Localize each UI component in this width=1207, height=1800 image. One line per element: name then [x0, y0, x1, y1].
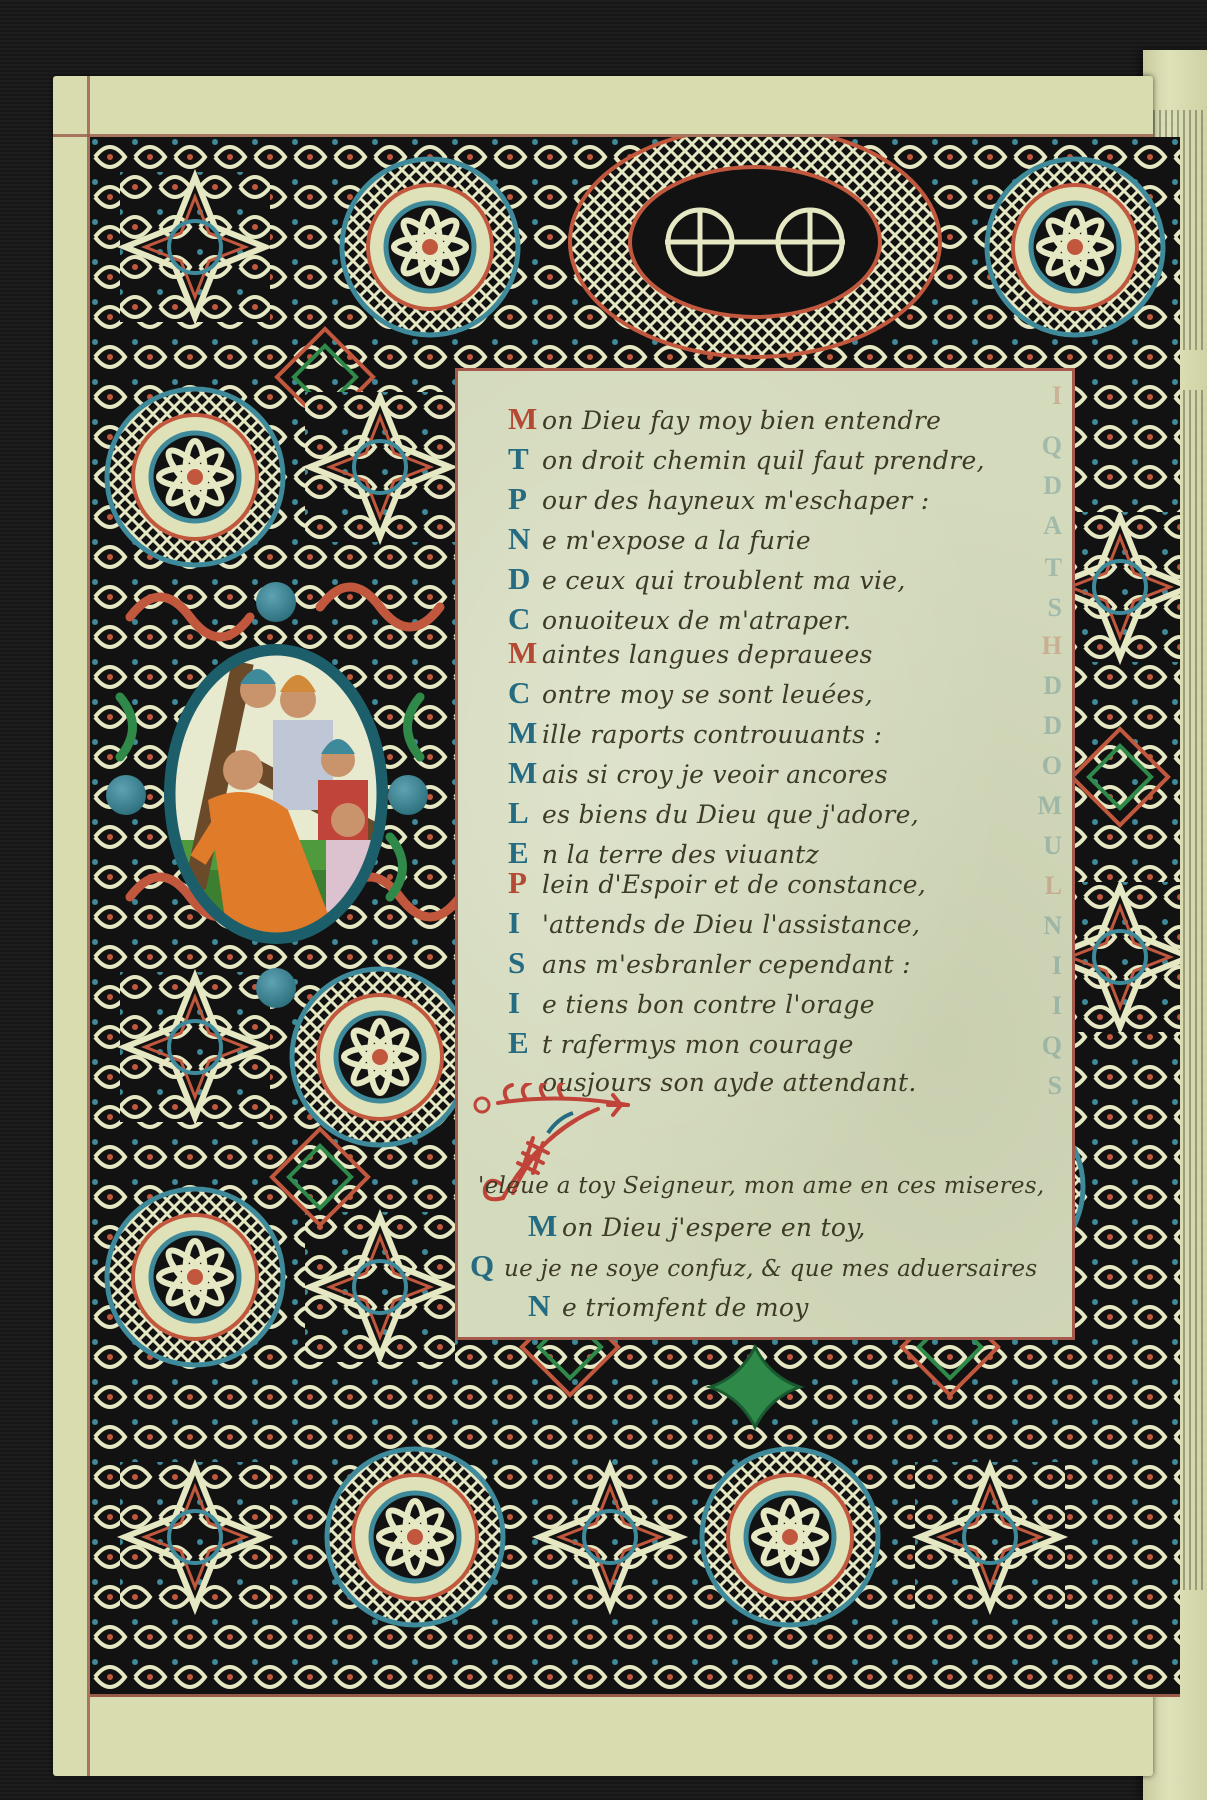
- verse-line: Mais si croy je veoir ancores: [508, 753, 919, 793]
- blue-initial: D: [508, 559, 542, 599]
- verse-text: aintes langues deprauees: [542, 640, 873, 669]
- verse-text: e tiens bon contre l'orage: [542, 990, 875, 1019]
- verse-line: Ne m'expose a la furie: [508, 519, 985, 559]
- blue-initial: C: [508, 673, 542, 713]
- show-through-letter: H: [1042, 631, 1062, 661]
- verse-text: on Dieu j'espere en toy,: [562, 1213, 866, 1242]
- blue-initial: L: [508, 793, 542, 833]
- verse-text: e triomfent de moy: [562, 1293, 809, 1322]
- poem-text-panel: I Q D A T S H D D O M U L N I I Q S Mon …: [455, 368, 1075, 1340]
- blue-initial: M: [508, 713, 542, 753]
- verse-line: Mon Dieu j'espere en toy,: [470, 1206, 1045, 1246]
- verse-line: Ie tiens bon contre l'orage: [508, 983, 926, 1023]
- show-through-letter: U: [1043, 831, 1062, 861]
- verse-line: Ton droit chemin quil faut prendre,: [508, 439, 985, 479]
- show-through-letter: I: [1052, 991, 1062, 1021]
- verse-text: onuoiteux de m'atraper.: [542, 606, 851, 635]
- verse-text: e m'expose a la furie: [542, 526, 811, 555]
- verse-line: Plein d'Espoir et de constance,: [508, 863, 926, 903]
- show-through-letter: Q: [1042, 431, 1062, 461]
- blue-initial: N: [528, 1286, 562, 1326]
- blue-initial: M: [528, 1206, 562, 1246]
- verse-text: ans m'esbranler cependant :: [542, 950, 911, 979]
- verse-line: 'eleue a toy Seigneur, mon ame en ces mi…: [470, 1166, 1045, 1206]
- blue-initial: Q: [470, 1246, 504, 1286]
- verse-text: our des hayneux m'eschaper :: [542, 486, 930, 515]
- verse-text: e ceux qui troublent ma vie,: [542, 566, 906, 595]
- rubricated-initial: M: [508, 633, 542, 673]
- show-through-letter: M: [1037, 791, 1062, 821]
- show-through-letter: N: [1043, 911, 1062, 941]
- rubricated-initial: P: [508, 863, 542, 903]
- verse-line: Mon Dieu fay moy bien entendre: [508, 399, 985, 439]
- blue-initial: P: [508, 479, 542, 519]
- teal-boss-top: [256, 582, 296, 622]
- verse-text: on droit chemin quil faut prendre,: [542, 446, 985, 475]
- show-through-letter: A: [1043, 511, 1062, 541]
- teal-boss-left: [106, 775, 146, 815]
- verse-text: ille raports controuuants :: [542, 720, 882, 749]
- blue-initial: T: [508, 439, 542, 479]
- show-through-letter: O: [1042, 751, 1062, 781]
- verse-line: Contre moy se sont leuées,: [508, 673, 919, 713]
- verse-text: 'eleue a toy Seigneur, mon ame en ces mi…: [478, 1173, 1045, 1199]
- blue-initial: N: [508, 519, 542, 559]
- show-through-letter: D: [1043, 671, 1062, 701]
- blue-initial: I: [508, 903, 542, 943]
- frame-rule-bottom: [90, 1694, 1180, 1697]
- verse-line: Maintes langues deprauees: [508, 633, 919, 673]
- teal-boss-right: [388, 775, 428, 815]
- verse-line: Pour des hayneux m'eschaper :: [508, 479, 985, 519]
- stanza-4: 'eleue a toy Seigneur, mon ame en ces mi…: [470, 1166, 1045, 1326]
- show-through-letter: D: [1043, 471, 1062, 501]
- show-through-letter: T: [1045, 553, 1062, 583]
- show-through-letter: L: [1045, 871, 1062, 901]
- verse-line: I'attends de Dieu l'assistance,: [508, 903, 926, 943]
- verse-text: es biens du Dieu que j'adore,: [542, 800, 919, 829]
- christ-carrying-cross-miniature: [148, 620, 404, 968]
- verse-line: De ceux qui troublent ma vie,: [508, 559, 985, 599]
- show-through-letter: Q: [1042, 1031, 1062, 1061]
- teal-boss-bottom: [256, 968, 296, 1008]
- blue-initial: M: [508, 753, 542, 793]
- stanza-3: Plein d'Espoir et de constance, I'attend…: [508, 863, 926, 1103]
- verse-text: on Dieu fay moy bien entendre: [542, 406, 941, 435]
- stanza-1: Mon Dieu fay moy bien entendre Ton droit…: [508, 399, 985, 639]
- verse-line: Et rafermys mon courage: [508, 1023, 926, 1063]
- miniature-medallion: [148, 620, 404, 968]
- verse-text: ue je ne soye confuz, & que mes aduersai…: [504, 1256, 1038, 1282]
- verse-line: Les biens du Dieu que j'adore,: [508, 793, 919, 833]
- verse-text: t rafermys mon courage: [542, 1030, 854, 1059]
- verse-text: ais si croy je veoir ancores: [542, 760, 888, 789]
- verse-text: 'attends de Dieu l'assistance,: [542, 910, 920, 939]
- verse-line: Mille raports controuuants :: [508, 713, 919, 753]
- show-through-letter: D: [1043, 711, 1062, 741]
- blue-initial: E: [508, 1023, 542, 1063]
- verse-text: lein d'Espoir et de constance,: [542, 870, 926, 899]
- show-through-letter: S: [1048, 1071, 1062, 1101]
- verse-text: ontre moy se sont leuées,: [542, 680, 873, 709]
- show-through-letter: S: [1048, 593, 1062, 623]
- rubricated-initial: M: [508, 399, 542, 439]
- blue-initial: I: [508, 983, 542, 1023]
- show-through-letter: I: [1052, 381, 1062, 411]
- show-through-letter: I: [1052, 951, 1062, 981]
- verse-line: Sans m'esbranler cependant :: [508, 943, 926, 983]
- stanza-2: Maintes langues deprauees Contre moy se …: [508, 633, 919, 873]
- verse-line: Que je ne soye confuz, & que mes aduersa…: [470, 1246, 1045, 1286]
- verse-line: Ne triomfent de moy: [470, 1286, 1045, 1326]
- blue-initial: S: [508, 943, 542, 983]
